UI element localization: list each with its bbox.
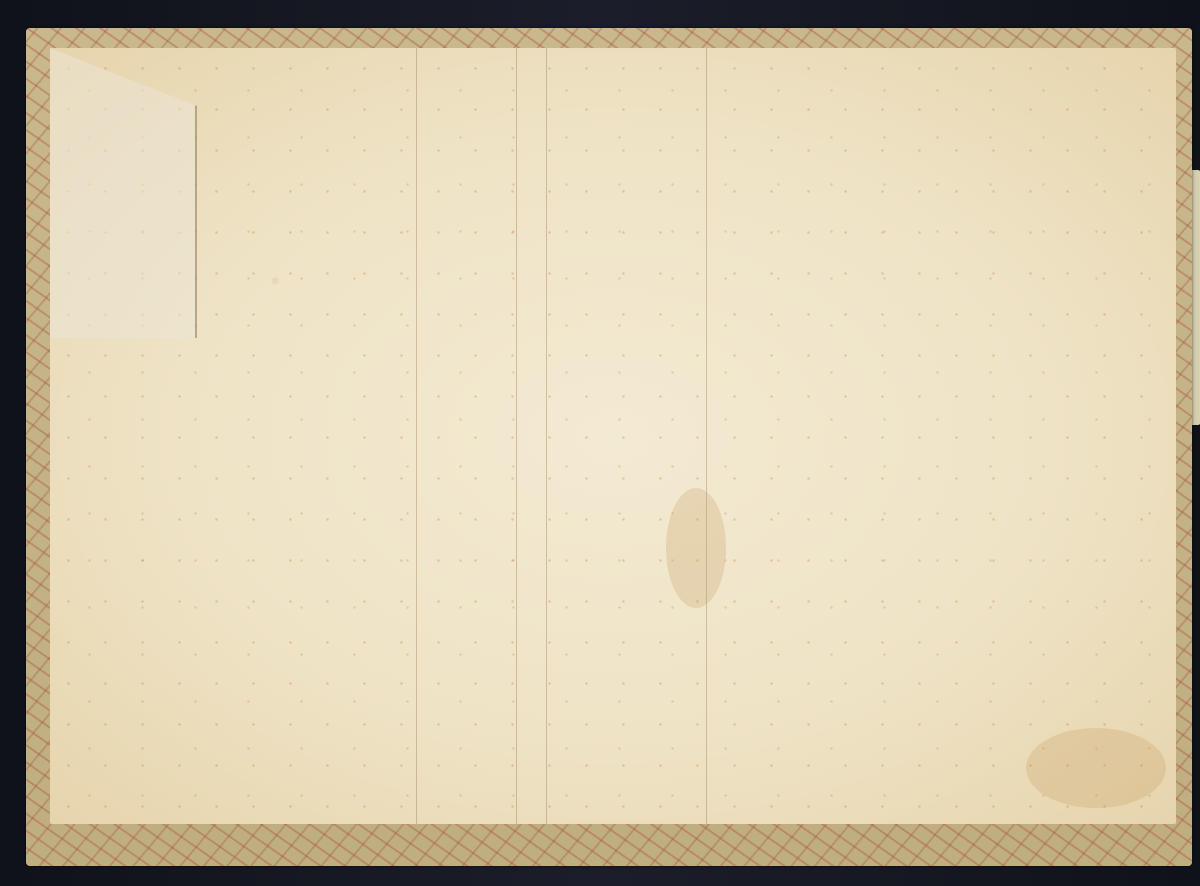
- crease-line: [706, 48, 707, 824]
- crease-line: [416, 48, 417, 824]
- water-stain: [1026, 728, 1166, 808]
- water-stain: [666, 488, 726, 608]
- crease-line: [516, 48, 517, 824]
- paper-surface: [50, 48, 1176, 824]
- document-sheet: [26, 28, 1192, 866]
- crease-line: [546, 48, 547, 824]
